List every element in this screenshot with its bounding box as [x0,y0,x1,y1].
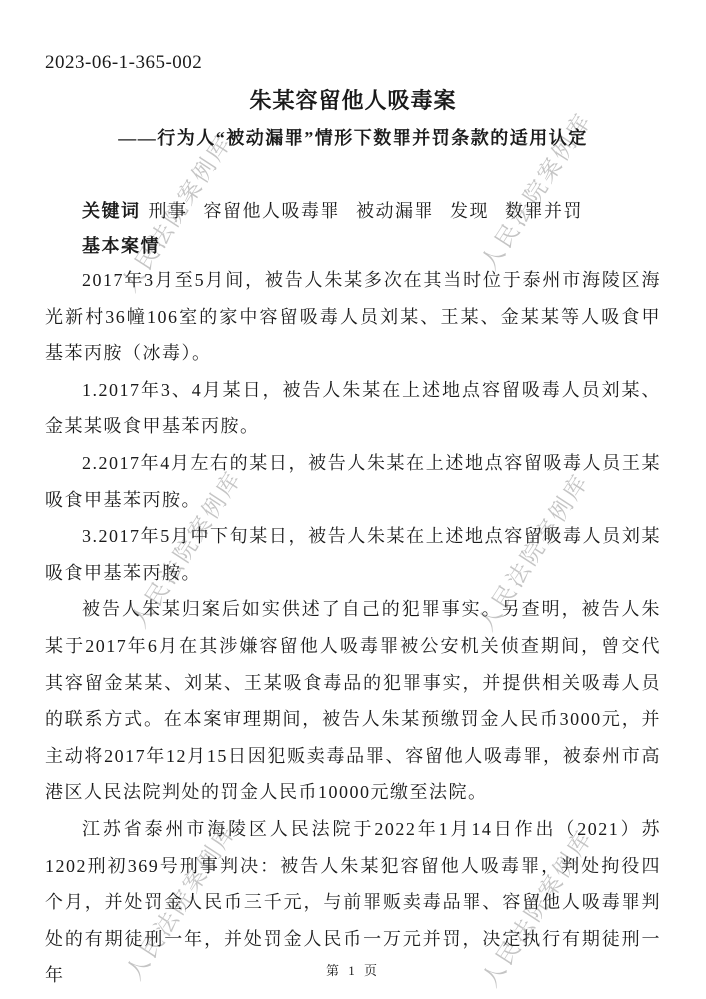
body-paragraph: 2017年3月至5月间，被告人朱某多次在其当时位于泰州市海陵区海光新村36幢10… [45,262,661,372]
keyword-item: 发现 [450,201,489,221]
keyword-item: 刑事 [149,201,188,221]
page-footer: 第 1 页 [0,960,706,979]
keyword-item: 数罪并罚 [505,201,583,221]
doc-number: 2023-06-1-365-002 [45,53,661,73]
body-paragraph: 1.2017年3、4月某日，被告人朱某在上述地点容留吸毒人员刘某、金某某吸食甲基… [45,372,661,445]
document-content: 2023-06-1-365-002 朱某容留他人吸毒案 ——行为人“被动漏罪”情… [45,53,661,994]
keyword-item: 容留他人吸毒罪 [204,201,341,221]
keyword-item: 被动漏罪 [356,201,434,221]
page-title: 朱某容留他人吸毒案 [45,88,661,114]
document-page: 人民法院案例库 人民法院案例库 人民法院案例库 人民法院案例库 人民法院案例库 … [0,0,706,999]
section-heading-basic-facts: 基本案情 [45,233,661,259]
body-text: 2017年3月至5月间，被告人朱某多次在其当时位于泰州市海陵区海光新村36幢10… [45,262,661,994]
body-paragraph: 被告人朱某归案后如实供述了自己的犯罪事实。另查明，被告人朱某于2017年6月在其… [45,591,661,811]
page-number: 第 1 页 [326,963,380,978]
body-paragraph: 2.2017年4月左右的某日，被告人朱某在上述地点容留吸毒人员王某吸食甲基苯丙胺… [45,445,661,518]
body-paragraph: 3.2017年5月中下旬某日，被告人朱某在上述地点容留吸毒人员刘某吸食甲基苯丙胺… [45,518,661,591]
page-subtitle: ——行为人“被动漏罪”情形下数罪并罚条款的适用认定 [45,127,661,149]
keywords-label: 关键词 [82,201,141,221]
keywords-row: 关键词刑事容留他人吸毒罪被动漏罪发现数罪并罚 [45,198,661,224]
